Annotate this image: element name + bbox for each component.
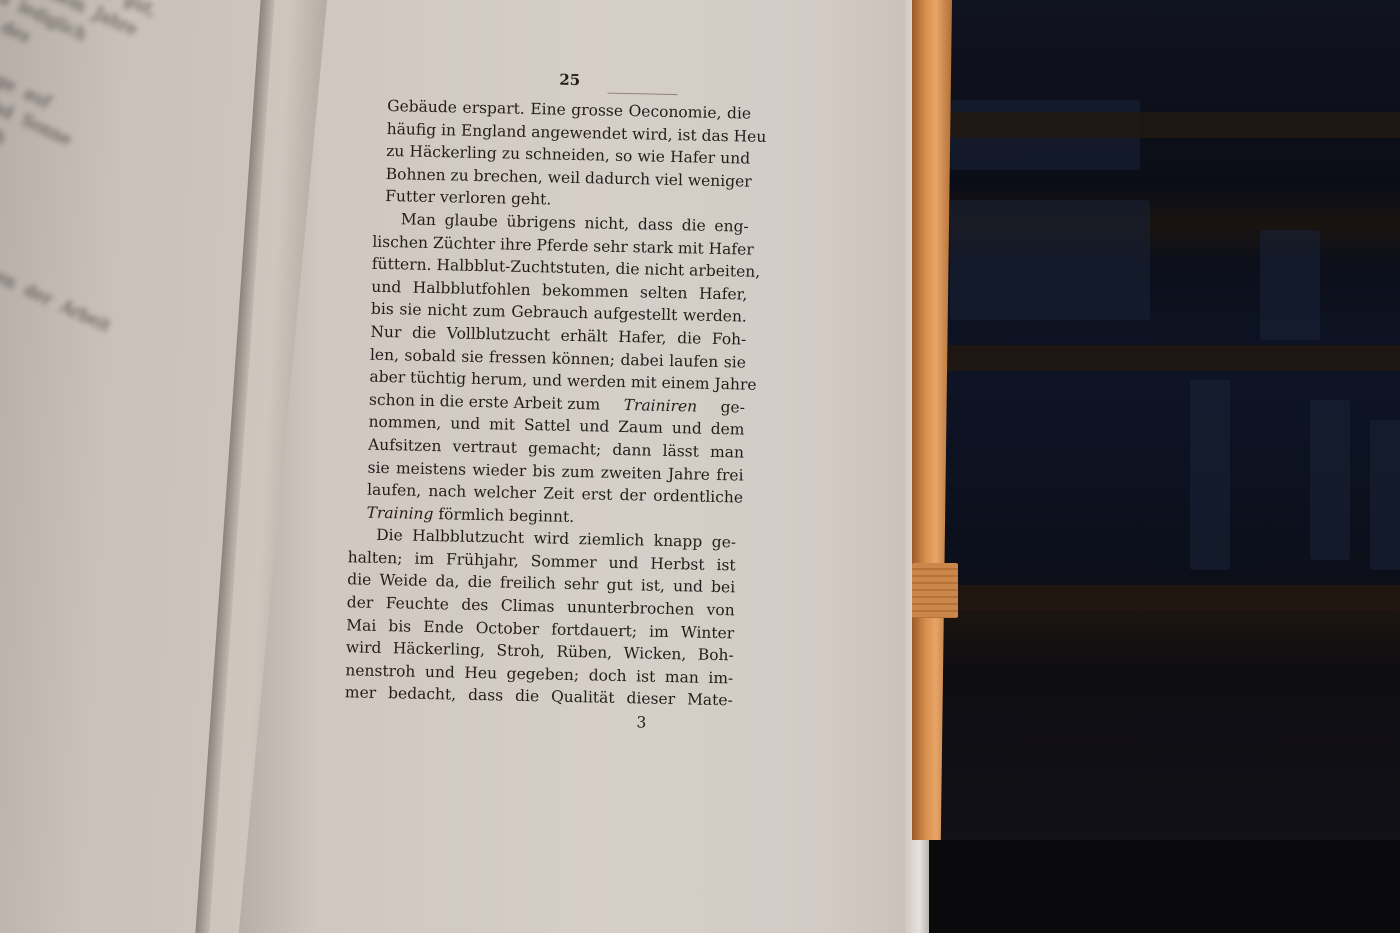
paragraph-2: Man glaube übrigens nicht, dass die eng-… <box>366 208 749 532</box>
blurred-book <box>1370 420 1400 570</box>
text-fragment: ge- <box>720 396 745 419</box>
italic-term: Trainiren <box>623 394 697 418</box>
book-photo-scene: dasd in Triesten beste Hafer nicht, Tier… <box>0 0 1400 933</box>
shelf-plank <box>930 112 1400 138</box>
table-surface <box>920 840 1400 933</box>
paragraph-1: Gebäude erspart. Eine grosse Oeconomie, … <box>385 95 751 216</box>
blurred-book <box>950 200 1150 320</box>
shelf-plank <box>930 585 1400 611</box>
paragraph-3: Die Halbblutzucht wird ziemlich knapp ge… <box>345 524 737 713</box>
right-page-text: 25 Gebäude erspart. Eine grosse Oeconomi… <box>326 66 760 737</box>
wooden-bookmark <box>912 563 958 618</box>
text-fragment: förmlich beginnt. <box>438 505 574 526</box>
blurred-book <box>1310 400 1350 560</box>
italic-term: Training <box>366 503 433 522</box>
shelf-plank <box>930 345 1400 371</box>
blurred-book <box>1190 380 1230 570</box>
page-number-rule <box>607 93 677 95</box>
blurred-book <box>1260 230 1320 340</box>
bookshelf-background <box>930 0 1400 933</box>
